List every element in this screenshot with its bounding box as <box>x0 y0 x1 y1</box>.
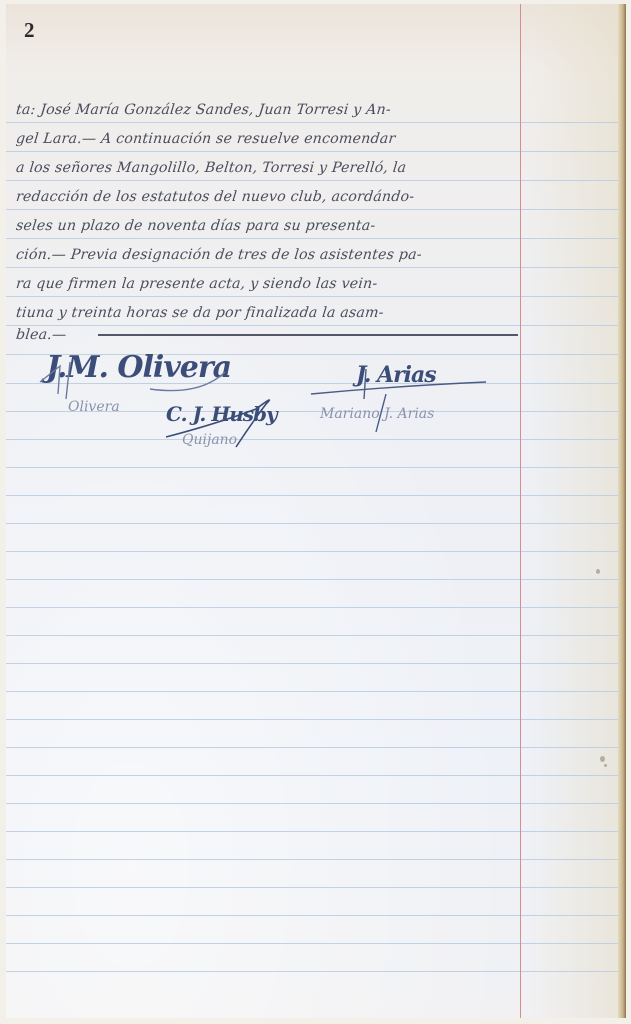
handwritten-line: seles un plazo de noventa días para su p… <box>15 213 523 239</box>
closing-line <box>98 334 518 336</box>
handwritten-line: redacción de los estatutos del nuevo clu… <box>15 184 523 210</box>
printed-name-quijano: Quijano <box>182 432 237 448</box>
ruled-line <box>6 859 618 860</box>
signature-flourish <box>306 364 496 434</box>
handwritten-line: ra que firmen la presente acta, y siendo… <box>15 271 523 297</box>
ruled-line <box>6 943 618 944</box>
ruled-line <box>6 803 618 804</box>
paper-spot <box>604 764 607 767</box>
ruled-line <box>6 719 618 720</box>
ruled-line <box>6 523 618 524</box>
handwritten-line: gel Lara.— A continuación se resuelve en… <box>15 126 523 152</box>
handwritten-line: ción.— Previa designación de tres de los… <box>15 242 523 268</box>
printed-name-arias: Mariano J. Arias <box>320 406 434 422</box>
page-number: 2 <box>24 18 35 43</box>
ruled-line <box>6 971 618 972</box>
handwritten-line: blea.— <box>15 322 98 348</box>
ruled-line <box>6 607 618 608</box>
ruled-line <box>6 691 618 692</box>
ruled-line <box>6 887 618 888</box>
ruled-line <box>6 551 618 552</box>
handwritten-line: a los señores Mangolillo, Belton, Torres… <box>15 155 523 181</box>
paper-spot <box>596 569 600 574</box>
printed-name-olivera: Olivera <box>68 399 120 415</box>
handwritten-line: ta: José María González Sandes, Juan Tor… <box>15 97 523 123</box>
ruled-line <box>6 495 618 496</box>
paper-shading <box>528 4 618 1018</box>
ruled-line <box>6 747 618 748</box>
ruled-line <box>6 467 618 468</box>
ruled-line <box>6 635 618 636</box>
ruled-line <box>6 775 618 776</box>
page-binding-edge <box>618 4 626 1018</box>
ruled-line <box>6 831 618 832</box>
ruled-line <box>6 439 618 440</box>
paper-spot <box>600 756 605 762</box>
ruled-line <box>6 663 618 664</box>
ruled-line <box>6 579 618 580</box>
ruled-line <box>6 915 618 916</box>
document-page: 2 ta: José María González Sandes, Juan T… <box>6 4 626 1018</box>
